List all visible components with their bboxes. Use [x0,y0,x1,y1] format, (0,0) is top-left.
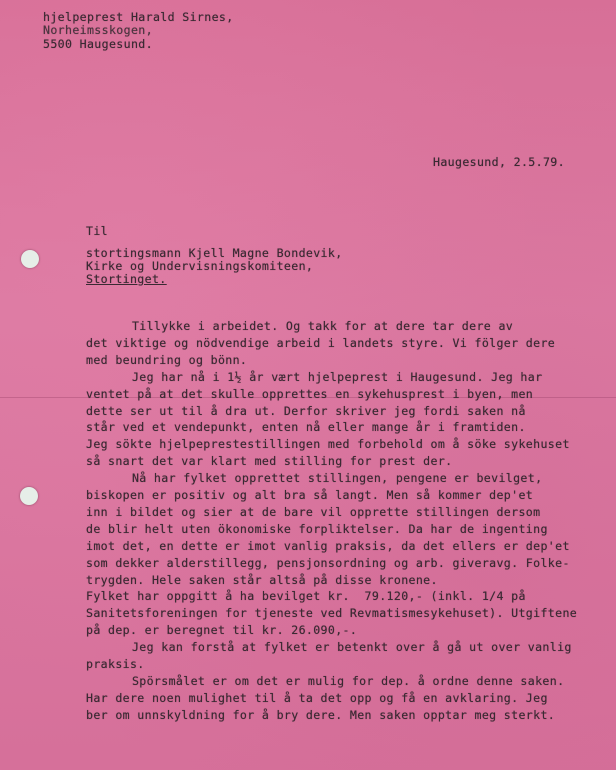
body-line: de blir helt uten ökonomiske forpliktels… [86,523,548,536]
body-line: Nå har fylket opprettet stillingen, peng… [132,472,542,485]
body-line: Jeg sökte hjelpeprestestillingen med for… [86,438,570,451]
body-line: Fylket har oppgitt å ha bevilget kr. 79.… [86,590,526,603]
sender-postal: 5500 Haugesund. [43,38,153,51]
body-line: Har dere noen mulighet til å ta det opp … [86,692,548,705]
body-line: som dekker alderstillegg, pensjonsordnin… [86,557,570,570]
body-line: Tillykke i arbeidet. Og takk for at dere… [132,320,513,333]
body-line: imot det, en dette er imot vanlig praksi… [86,540,570,553]
body-line: dette ser ut til å dra ut. Derfor skrive… [86,405,526,418]
body-line: på dep. er beregnet til kr. 26.090,-. [86,624,357,637]
recipient-institution: Stortinget. [86,273,167,286]
body-line: Sanitetsforeningen for tjeneste ved Revm… [86,607,577,620]
body-line: Spörsmålet er om det er mulig for dep. å… [132,675,564,688]
body-line: trygden. Hele saken står altså på disse … [86,574,438,587]
body-line: står ved et vendepunkt, enten nå eller m… [86,421,526,434]
sender-street: Norheimsskogen, [43,24,153,37]
place-date: Haugesund, 2.5.79. [433,156,565,169]
body-line: ber om unnskyldning for å bry dere. Men … [86,709,555,722]
recipient-to: Til [86,225,108,238]
body-line: praksis. [86,658,145,671]
body-line: så snart det var klart med stilling for … [86,455,453,468]
body-line: med beundring og bönn. [86,354,247,367]
body-line: Jeg kan forstå at fylket er betenkt over… [132,641,572,654]
punch-hole-top [21,250,39,268]
body-line: biskopen er positiv og alt bra så langt.… [86,489,533,502]
body-line: Jeg har nå i 1½ år vært hjelpeprest i Ha… [132,371,542,384]
body-line: inn i bildet og sier at de bare vil oppr… [86,506,540,519]
punch-hole-bottom [20,487,38,505]
body-line: det viktige og nödvendige arbeid i lande… [86,337,555,350]
body-line: ventet på at det skulle opprettes en syk… [86,388,533,401]
